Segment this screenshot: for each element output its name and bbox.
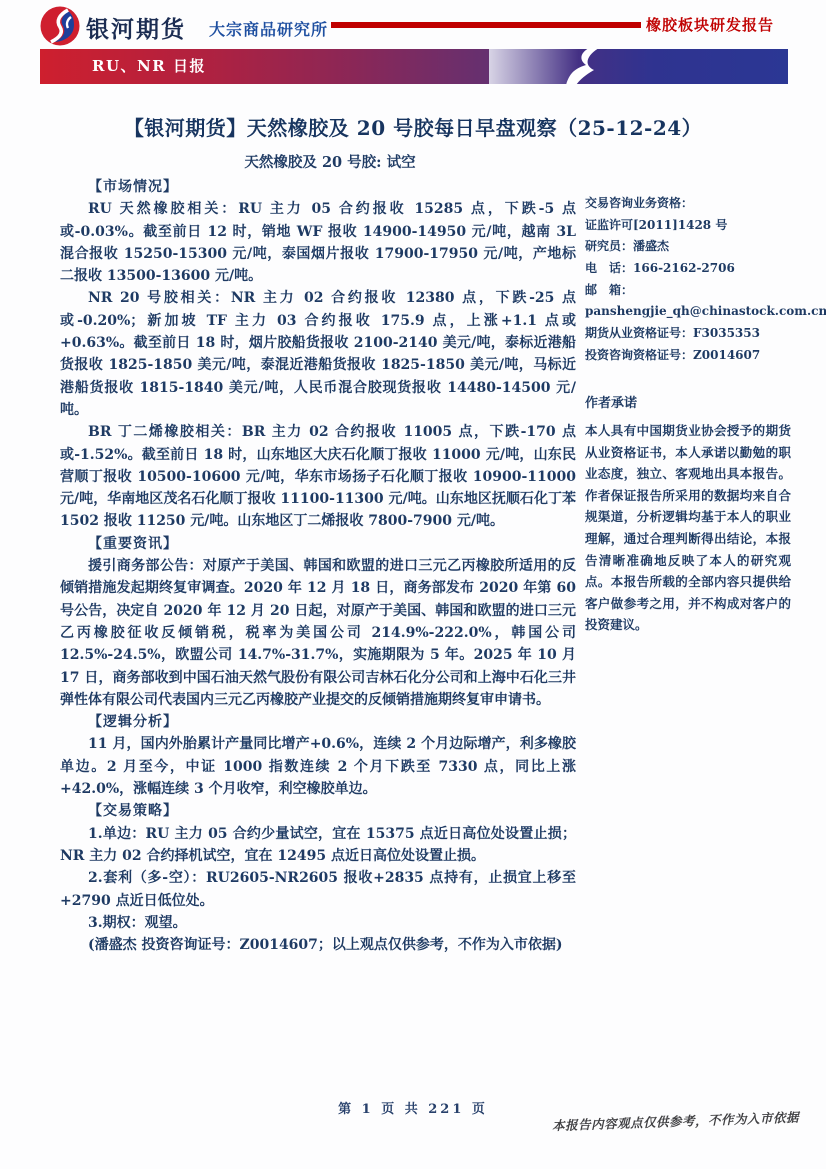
banner-swoosh-icon xyxy=(564,49,602,84)
researcher-name: 潘盛杰 xyxy=(633,239,669,253)
report-page: 银河期货 大宗商品研究所 橡胶板块研发报告 RU、NR 日报 【银河期货】天然橡… xyxy=(0,0,826,1169)
license-row: 证监许可[2011]1428 号 xyxy=(585,219,791,233)
paragraph-br: BR 丁二烯橡胶相关：BR 主力 02 合约报收 11005 点，下跌-170 … xyxy=(60,421,576,532)
phone-label: 电 话： xyxy=(585,261,633,275)
advisory-cert-label: 投资咨询资格证号： xyxy=(585,348,693,362)
paragraph-strategy-arb: 2.套利（多-空）：RU2605-NR2605 报收+2835 点持有，止损宜上… xyxy=(60,867,576,912)
qualification-label-row: 交易咨询业务资格： xyxy=(585,197,791,211)
futures-cert-number: F3035353 xyxy=(693,326,760,340)
section-heading-news: 【重要资讯】 xyxy=(60,533,576,555)
report-banner: RU、NR 日报 xyxy=(40,49,788,84)
section-heading-logic: 【逻辑分析】 xyxy=(60,711,576,733)
author-promise-body: 本人具有中国期货业协会授予的期货从业资格证书，本人承诺以勤勉的职业态度，独立、客… xyxy=(585,420,791,636)
galaxy-futures-logo-icon xyxy=(40,6,80,46)
section-heading-market: 【市场情况】 xyxy=(60,176,576,198)
email-row: panshengjie_qh@chinastock.com.cn xyxy=(585,305,791,319)
report-body: 【市场情况】 RU 天然橡胶相关：RU 主力 05 合约报收 15285 点，下… xyxy=(60,176,576,956)
paragraph-strategy-option: 3.期权：观望。 xyxy=(60,912,576,934)
paragraph-strategy-single: 1.单边：RU 主力 05 合约少量试空，宜在 15375 点近日高位处设置止损… xyxy=(60,823,576,868)
org-name: 大宗商品研究所 xyxy=(209,17,328,40)
phone-number: 166-2162-2706 xyxy=(633,261,735,275)
paragraph-ru: RU 天然橡胶相关：RU 主力 05 合约报收 15285 点，下跌-5 点或-… xyxy=(60,198,576,287)
contact-sidebar: 交易咨询业务资格： 证监许可[2011]1428 号 研究员：潘盛杰 电 话：1… xyxy=(585,197,791,371)
report-category-tag: 橡胶板块研发报告 xyxy=(646,14,774,35)
researcher-row: 研究员：潘盛杰 xyxy=(585,240,791,254)
author-promise-title: 作者承诺 xyxy=(585,392,791,411)
document-title: 【银河期货】天然橡胶及 20 号胶每日早盘观察（25-12-24） xyxy=(40,112,786,141)
brand-name: 银河期货 xyxy=(86,11,186,44)
qualification-label: 交易咨询业务资格： xyxy=(585,196,693,210)
paragraph-logic: 11 月，国内外胎累计产量同比增产+0.6%，连续 2 个月边际增产，利多橡胶单… xyxy=(60,733,576,800)
author-promise: 作者承诺 本人具有中国期货业协会授予的期货从业资格证书，本人承诺以勤勉的职业态度… xyxy=(585,392,791,636)
futures-cert-row: 期货从业资格证号：F3035353 xyxy=(585,327,791,341)
banner-title: RU、NR 日报 xyxy=(92,49,206,84)
email-address: panshengjie_qh@chinastock.com.cn xyxy=(585,304,826,318)
paragraph-nr: NR 20 号胶相关：NR 主力 02 合约报收 12380 点，下跌-25 点… xyxy=(60,287,576,421)
license-number: 证监许可[2011]1428 号 xyxy=(585,218,727,232)
paragraph-advisor-note: (潘盛杰 投资咨询证号：Z0014607；以上观点仅供参考，不作为入市依据) xyxy=(60,934,576,956)
section-heading-strategy: 【交易策略】 xyxy=(60,800,576,822)
futures-cert-label: 期货从业资格证号： xyxy=(585,326,693,340)
researcher-label: 研究员： xyxy=(585,239,633,253)
advisory-cert-row: 投资咨询资格证号：Z0014607 xyxy=(585,349,791,363)
email-label: 邮 箱： xyxy=(585,283,633,297)
header-divider xyxy=(331,22,641,28)
advisory-cert-number: Z0014607 xyxy=(693,348,760,362)
email-label-row: 邮 箱： xyxy=(585,284,791,298)
phone-row: 电 话：166-2162-2706 xyxy=(585,262,791,276)
document-subtitle: 天然橡胶及 20 号胶: 试空 xyxy=(40,151,620,172)
paragraph-news: 援引商务部公告：对原产于美国、韩国和欧盟的进口三元乙丙橡胶所适用的反倾销措施发起… xyxy=(60,555,576,711)
